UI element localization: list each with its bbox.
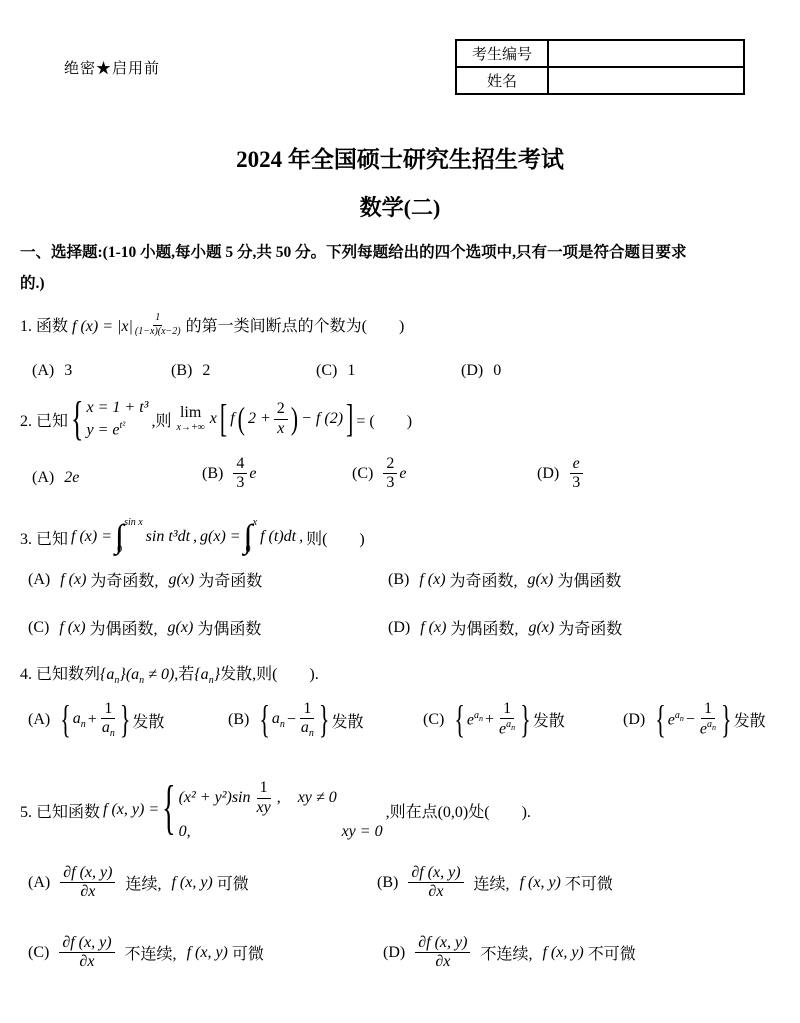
option-label: (D) xyxy=(461,362,483,380)
left-brace: { xyxy=(71,395,83,443)
option-label: (C) xyxy=(316,362,337,380)
q3-options-row-1: (A)f (x)为奇函数,g(x)为奇函数 (B)f (x)为奇函数,g(x)为… xyxy=(24,568,800,596)
option-text-2: 为奇函数 xyxy=(558,616,622,639)
q5-f-equals: f (x, y) = xyxy=(103,801,159,819)
partial-derivative-fraction: ∂f (x, y)∂x xyxy=(415,934,470,972)
q5-case2-condition: xy = 0 xyxy=(342,823,383,841)
fraction-numerator: 1 xyxy=(701,700,715,719)
fraction-numerator: 4 xyxy=(233,455,247,474)
question-5-stem: 5. 已知函数 f (x, y) = { (x² + y²)sin 1xy , … xyxy=(20,768,794,852)
q4-option-d: (D){ean−1ean}发散 xyxy=(623,700,766,739)
right-paren: ) xyxy=(291,403,298,435)
option-text-2: 不可微 xyxy=(588,941,636,964)
q3-comma-1: , xyxy=(193,528,197,546)
integral-upper-limit: x xyxy=(253,518,257,528)
q2-f: f xyxy=(230,410,234,428)
q1-exp-denominator: (1−x)(x−2) xyxy=(134,326,182,339)
fraction-numerator: 1 xyxy=(101,700,115,719)
q4-text-1: ,若 xyxy=(174,666,194,683)
q3-integral-2: ∫x0 xyxy=(244,516,258,558)
fraction-numerator: 2 xyxy=(274,400,288,419)
q5-lead: 5. 已知函数 xyxy=(20,799,100,822)
integral-lower-limit: 0 xyxy=(246,545,257,555)
option-text-1: 为奇函数, xyxy=(450,568,518,591)
section-header: 一、选择题:(1-10 小题,每小题 5 分,共 50 分。下列每题给出的四个选… xyxy=(20,237,790,299)
lim-subscript: x→+∞ xyxy=(176,423,204,433)
q2-then: ,则 xyxy=(151,408,171,431)
q3-integral-1: ∫sin x0 xyxy=(115,516,143,558)
option-term: ean xyxy=(668,710,684,729)
option-text-2: 为偶函数 xyxy=(557,568,621,591)
option-text-1: 不连续, xyxy=(480,941,532,964)
q4-option-b: (B){an−1an}发散 xyxy=(228,700,364,740)
option-fraction: e3 xyxy=(569,455,583,493)
fraction-denominator: 3 xyxy=(569,474,583,492)
right-brace: } xyxy=(319,700,330,740)
q2-lead: 2. 已知 xyxy=(20,408,68,431)
candidate-id-field[interactable] xyxy=(548,40,744,67)
fraction-denominator: an xyxy=(99,719,118,740)
option-label: (A) xyxy=(28,874,50,892)
option-label: (C) xyxy=(352,465,373,483)
q2-option-b: (B)43e xyxy=(202,455,256,493)
q1-exponent-fraction: 1(1−x)(x−2) xyxy=(134,312,182,338)
q4-tail: 发散,则( ). xyxy=(220,666,319,683)
option-fraction: 23 xyxy=(383,455,397,493)
q3-comma-2: , xyxy=(299,528,303,546)
operator: + xyxy=(88,711,97,729)
fraction-denominator: 3 xyxy=(233,474,247,492)
q5-option-d: (D)∂f (x, y)∂x不连续,f (x, y)不可微 xyxy=(383,934,636,972)
option-label: (B) xyxy=(388,571,409,589)
option-term: ean xyxy=(467,710,483,729)
option-label: (A) xyxy=(32,362,54,380)
option-math-2: g(x) xyxy=(528,619,554,637)
section-line2: 的.) xyxy=(20,268,790,299)
section-line1: 一、选择题:(1-10 小题,每小题 5 分,共 50 分。下列每题给出的四个选… xyxy=(20,237,790,268)
q4-option-a: (A){an+1an}发散 xyxy=(28,700,164,740)
option-value: 1 xyxy=(347,362,355,380)
q1-option-c: (C)1 xyxy=(316,362,355,380)
option-math-1: f (x) xyxy=(60,571,86,589)
option-label: (C) xyxy=(423,711,444,729)
q1-option-b: (B)2 xyxy=(171,362,210,380)
left-brace: { xyxy=(655,700,666,740)
option-label: (D) xyxy=(383,944,405,962)
operator: − xyxy=(287,711,296,729)
q5-options-row-2: (C)∂f (x, y)∂x不连续,f (x, y)可微 (D)∂f (x, y… xyxy=(24,934,800,992)
q5-option-b: (B)∂f (x, y)∂x连续,f (x, y)不可微 xyxy=(377,864,613,902)
q3-option-d: (D)f (x)为偶函数,g(x)为奇函数 xyxy=(388,616,622,639)
q3-options-row-2: (C)f (x)为偶函数,g(x)为偶函数 (D)f (x)为偶函数,g(x)为… xyxy=(24,616,800,644)
q2-exponent: t² xyxy=(120,420,126,431)
q5-case1-comma: , xyxy=(277,789,281,807)
option-label: (A) xyxy=(28,711,50,729)
q1-options-row: (A)3 (B)2 (C)1 (D)0 xyxy=(24,362,800,388)
question-3-stem: 3. 已知 f (x) = ∫sin x0 sin t³dt , g(x) = … xyxy=(20,512,794,562)
option-text-2: 为奇函数 xyxy=(198,568,262,591)
partial-derivative-fraction: ∂f (x, y)∂x xyxy=(60,864,115,902)
q4-seq-cond: ≠ 0) xyxy=(144,666,174,683)
right-brace: } xyxy=(520,700,531,740)
fraction-numerator: ∂f (x, y) xyxy=(415,934,470,953)
q2-inner-pre: 2 + xyxy=(248,410,271,428)
fraction-denominator: ean xyxy=(697,719,719,739)
option-value: 2 xyxy=(202,362,210,380)
option-text-2: 可微 xyxy=(232,941,264,964)
candidate-id-label: 考生编号 xyxy=(456,40,548,67)
option-text-1: 连续, xyxy=(474,871,510,894)
left-bracket: [ xyxy=(220,399,227,439)
option-label: (A) xyxy=(28,571,50,589)
left-brace: { xyxy=(454,700,465,740)
q3-integrand-2: f (t)dt xyxy=(260,528,296,546)
fraction-denominator: 3 xyxy=(383,474,397,492)
option-value: 3 xyxy=(64,362,72,380)
option-label: (B) xyxy=(202,465,223,483)
secrecy-label: 绝密★启用前 xyxy=(64,57,160,78)
fraction-denominator: an xyxy=(298,719,317,740)
option-label: (D) xyxy=(388,619,410,637)
left-brace: { xyxy=(162,780,175,840)
q4-seq2-open: {a xyxy=(194,666,208,683)
q1-exp-numerator: 1 xyxy=(153,312,162,326)
option-math-2: f (x, y) xyxy=(542,944,583,962)
option-fraction: 1an xyxy=(298,700,317,740)
exam-title: 2024 年全国硕士研究生招生考试 xyxy=(0,141,800,174)
fraction-denominator: ∂x xyxy=(425,883,446,901)
option-label: (B) xyxy=(228,711,249,729)
option-math-2: g(x) xyxy=(528,571,554,589)
candidate-name-field[interactable] xyxy=(548,67,744,94)
q5-tail: ,则在点(0,0)处( ). xyxy=(386,799,531,822)
q2-option-c: (C)23e xyxy=(352,455,406,493)
option-label: (B) xyxy=(377,874,398,892)
integral-lower-limit: 0 xyxy=(117,545,143,555)
candidate-id-row: 考生编号 xyxy=(456,40,744,67)
candidate-name-row: 姓名 xyxy=(456,67,744,94)
option-tail: 发散 xyxy=(734,708,766,731)
q4-seq-open: {a xyxy=(100,666,114,683)
q3-option-b: (B)f (x)为奇函数,g(x)为偶函数 xyxy=(388,568,621,591)
q4-lead: 4. 已知数列 xyxy=(20,666,100,683)
fraction-denominator: ∂x xyxy=(76,953,97,971)
fraction-numerator: 2 xyxy=(383,455,397,474)
candidate-info-table: 考生编号 姓名 xyxy=(455,39,745,95)
fraction-numerator: e xyxy=(570,455,583,474)
option-math-2: f (x, y) xyxy=(171,874,212,892)
q1-option-d: (D)0 xyxy=(461,362,501,380)
q2-parametric-system: { x = 1 + t³ y = et² xyxy=(71,399,148,439)
right-brace: } xyxy=(721,700,732,740)
question-2-stem: 2. 已知 { x = 1 + t³ y = et² ,则 lim x→+∞ x… xyxy=(20,388,794,450)
option-text-2: 可微 xyxy=(217,871,249,894)
q3-f-equals: f (x) = xyxy=(71,528,112,546)
question-1-stem: 1. 函数 f (x) = |x|1(1−x)(x−2) 的第一类间断点的个数为… xyxy=(20,312,794,338)
option-text-1: 为奇函数, xyxy=(90,568,158,591)
integral-upper-limit: sin x xyxy=(124,518,143,528)
q2-option-a: (A)2e xyxy=(32,469,79,487)
option-fraction: 1ean xyxy=(496,700,518,739)
option-value: 0 xyxy=(493,362,501,380)
option-post: e xyxy=(399,465,406,483)
fraction-denominator: ean xyxy=(496,719,518,739)
q5-options-row-1: (A)∂f (x, y)∂x连续,f (x, y)可微 (B)∂f (x, y)… xyxy=(24,864,800,922)
partial-derivative-fraction: ∂f (x, y)∂x xyxy=(59,934,114,972)
q1-function: f (x) = |x| xyxy=(72,318,133,335)
exam-subtitle: 数学(二) xyxy=(0,191,800,222)
option-tail: 发散 xyxy=(132,709,164,732)
fraction-denominator: xy xyxy=(254,799,274,817)
option-term: an xyxy=(272,710,285,730)
option-tail: 发散 xyxy=(533,708,565,731)
option-math-2: f (x, y) xyxy=(187,944,228,962)
partial-derivative-fraction: ∂f (x, y)∂x xyxy=(408,864,463,902)
option-label: (C) xyxy=(28,944,49,962)
option-label: (A) xyxy=(32,469,54,487)
q2-equation-y: y = et² xyxy=(87,420,149,439)
fraction-numerator: ∂f (x, y) xyxy=(60,864,115,883)
left-paren: ( xyxy=(238,403,245,435)
lim-word: lim xyxy=(180,405,201,421)
q3-option-a: (A)f (x)为奇函数,g(x)为奇函数 xyxy=(28,568,262,591)
q2-after: − f (2) xyxy=(301,410,343,428)
option-fraction: 43 xyxy=(233,455,247,493)
q2-limit: lim x→+∞ xyxy=(176,405,204,433)
right-bracket: ] xyxy=(346,399,353,439)
option-math-1: f (x) xyxy=(420,619,446,637)
q3-integrand-1: sin t³dt xyxy=(146,528,190,546)
option-tail: 发散 xyxy=(331,709,363,732)
q4-options-row: (A){an+1an}发散 (B){an−1an}发散 (C){ean+1ean… xyxy=(24,700,800,762)
q2-options-row: (A)2e (B)43e (C)23e (D)e3 xyxy=(24,455,800,507)
option-math-1: f (x) xyxy=(419,571,445,589)
q5-case2-value: 0, xyxy=(179,823,191,841)
option-value: 2e xyxy=(64,469,79,487)
option-text-1: 不连续, xyxy=(125,941,177,964)
operator: − xyxy=(686,711,695,729)
option-text-1: 连续, xyxy=(125,871,161,894)
q5-option-a: (A)∂f (x, y)∂x连续,f (x, y)可微 xyxy=(28,864,249,902)
fraction-denominator: ∂x xyxy=(432,953,453,971)
candidate-name-label: 姓名 xyxy=(456,67,548,94)
option-label: (D) xyxy=(537,465,559,483)
q5-case1-condition: xy ≠ 0 xyxy=(298,789,337,807)
q3-g-equals: g(x) = xyxy=(200,528,241,546)
q1-tail: 的第一类间断点的个数为( ) xyxy=(186,318,405,335)
q3-option-c: (C)f (x)为偶函数,g(x)为偶函数 xyxy=(28,616,261,639)
option-text-2: 为偶函数 xyxy=(197,616,261,639)
option-math-2: g(x) xyxy=(168,571,194,589)
fraction-numerator: ∂f (x, y) xyxy=(408,864,463,883)
q2-fraction: 2x xyxy=(274,400,288,438)
q4-seq-mid: }(a xyxy=(119,666,139,683)
fraction-numerator: 1 xyxy=(257,779,271,798)
q5-case1-expr: (x² + y²)sin xyxy=(179,789,251,807)
option-fraction: 1ean xyxy=(697,700,719,739)
fraction-numerator: ∂f (x, y) xyxy=(59,934,114,953)
option-text-2: 不可微 xyxy=(565,871,613,894)
option-term: an xyxy=(73,710,86,730)
option-label: (C) xyxy=(28,619,49,637)
option-label: (B) xyxy=(171,362,192,380)
q4-option-c: (C){ean+1ean}发散 xyxy=(423,700,565,739)
fraction-denominator: ∂x xyxy=(77,883,98,901)
option-text-1: 为偶函数, xyxy=(450,616,518,639)
operator: + xyxy=(485,711,494,729)
q3-tail: 则( ) xyxy=(306,526,365,549)
option-math-2: f (x, y) xyxy=(520,874,561,892)
question-4-stem: 4. 已知数列{an}(an ≠ 0),若{an}发散,则( ). xyxy=(20,664,794,688)
q2-equation-x: x = 1 + t³ xyxy=(87,399,149,417)
left-brace: { xyxy=(60,700,71,740)
option-text-1: 为偶函数, xyxy=(90,616,158,639)
q1-option-a: (A)3 xyxy=(32,362,72,380)
q1-lead: 1. 函数 xyxy=(20,318,68,335)
q2-option-d: (D)e3 xyxy=(537,455,583,493)
option-math-1: f (x) xyxy=(59,619,85,637)
exam-page: 绝密★启用前 考生编号 姓名 2024 年全国硕士研究生招生考试 数学(二) 一… xyxy=(0,0,800,1023)
right-brace: } xyxy=(120,700,131,740)
q5-case1-fraction: 1xy xyxy=(254,779,274,817)
option-fraction: 1an xyxy=(99,700,118,740)
q2-x: x xyxy=(210,410,217,428)
left-brace: { xyxy=(259,700,270,740)
option-math-2: g(x) xyxy=(168,619,194,637)
option-label: (D) xyxy=(623,711,645,729)
fraction-numerator: 1 xyxy=(300,700,314,719)
fraction-denominator: x xyxy=(274,420,287,438)
q5-option-c: (C)∂f (x, y)∂x不连续,f (x, y)可微 xyxy=(28,934,264,972)
q3-lead: 3. 已知 xyxy=(20,526,68,549)
q2-equals: = ( ) xyxy=(356,408,412,431)
q5-piecewise: { (x² + y²)sin 1xy , xy ≠ 0 0, xy = 0 xyxy=(162,779,382,841)
fraction-numerator: 1 xyxy=(500,700,514,719)
option-post: e xyxy=(249,465,256,483)
